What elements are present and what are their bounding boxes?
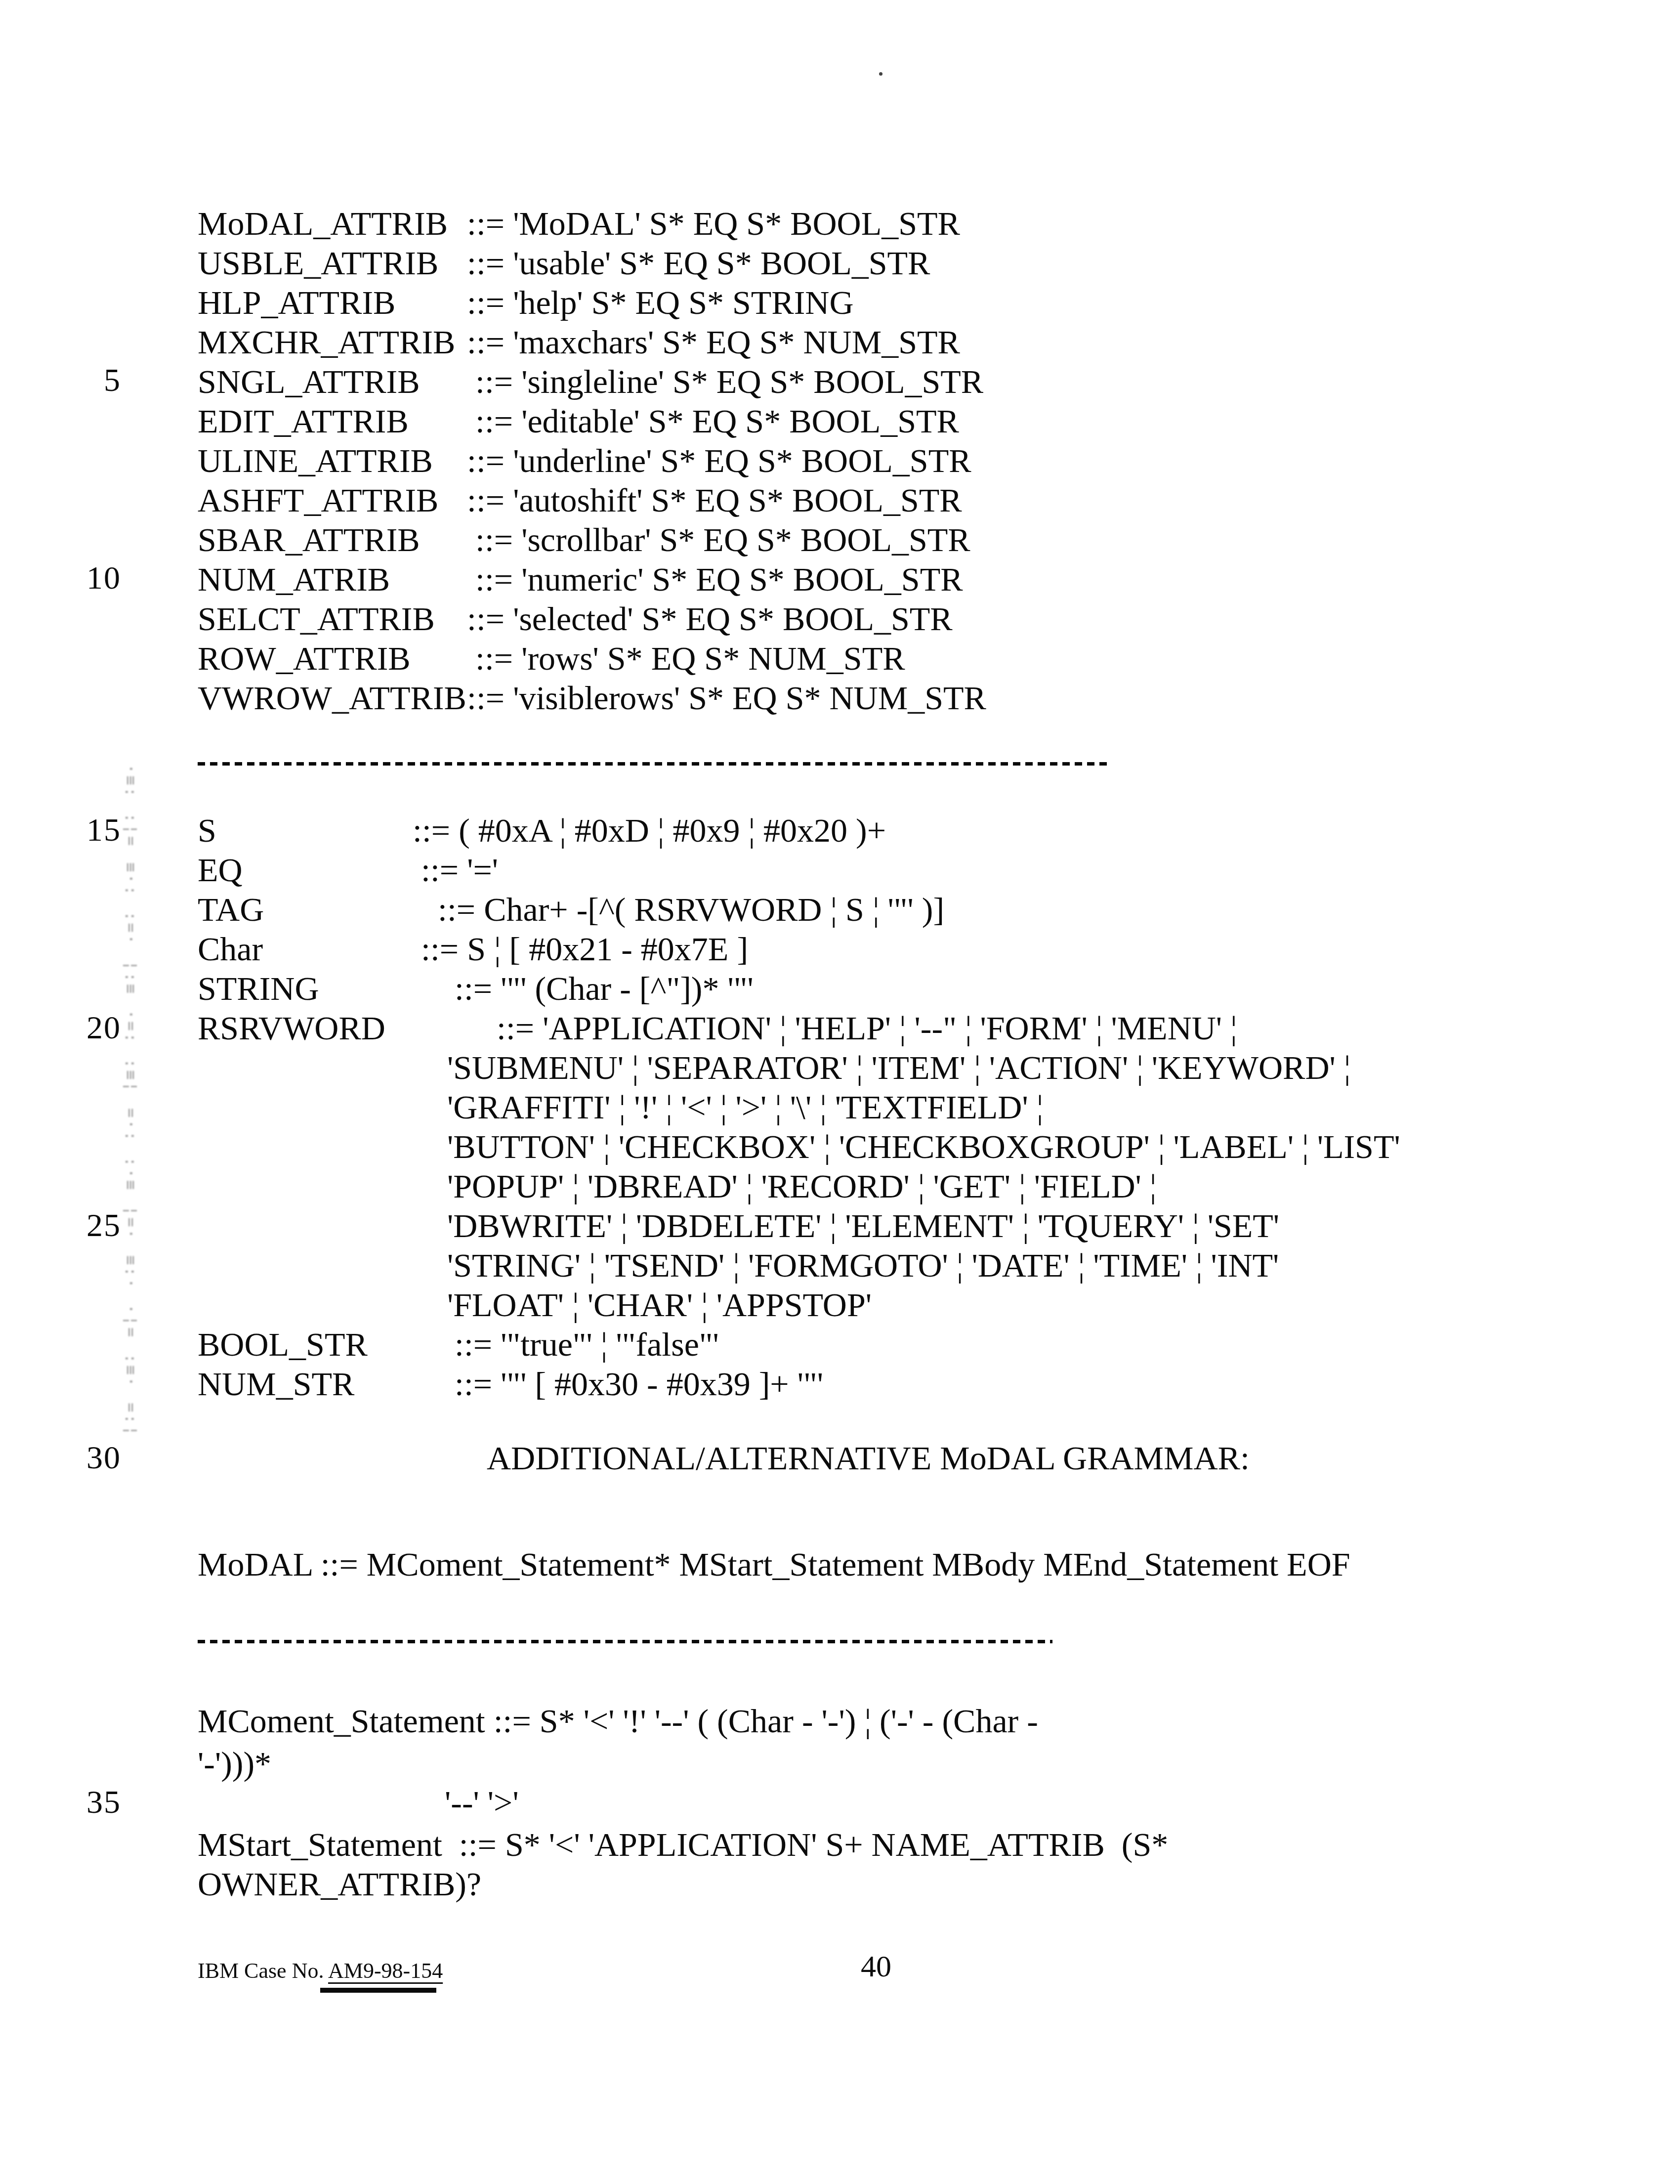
margin-artifact: ≡·: <box>122 862 140 897</box>
grammar-rule: Char ::= S ¦ [ #0x21 - #0x7E ] <box>198 929 1400 969</box>
margin-artifact: ·¦= <box>122 1304 140 1339</box>
rule-definition: ::= 'singleline' S* EQ S* BOOL_STR <box>467 362 986 401</box>
line-number-5: 5 <box>59 361 121 400</box>
rule-name: ULINE_ATTRIB <box>198 441 467 480</box>
rule-name: EQ <box>198 850 413 890</box>
margin-artifact: ¦:≡ <box>122 961 140 995</box>
grammar-rule: SELCT_ATTRIB::= 'selected' S* EQ S* BOOL… <box>198 599 986 639</box>
rule-definition: ::= 'editable' S* EQ S* BOOL_STR <box>467 401 986 441</box>
margin-artifact: ≡:· <box>122 1255 140 1290</box>
grammar-rule: EQ ::= '=' <box>198 850 1400 890</box>
grammar-rule: NUM_ATRIB ::= 'numeric' S* EQ S* BOOL_ST… <box>198 559 986 599</box>
rule-definition: ::= 'selected' S* EQ S* BOOL_STR <box>467 599 986 639</box>
rule-definition: ::= 'rows' S* EQ S* NUM_STR <box>467 639 986 678</box>
rule-name: BOOL_STR <box>198 1325 413 1364</box>
rule-definition: ::= 'autoshift' S* EQ S* BOOL_STR <box>467 480 986 520</box>
grammar-rule: NUM_STR ::= '"' [ #0x30 - #0x39 ]+ '"' <box>198 1364 1400 1404</box>
mcoment-statement-continuation: '--' '>' <box>445 1783 519 1822</box>
grammar-rule: TAG ::= Char+ -[^( RSRVWORD ¦ S ¦ '"' )] <box>198 890 1400 929</box>
dashed-separator <box>198 762 1107 766</box>
rule-definition: ::= S ¦ [ #0x21 - #0x7E ] <box>413 929 1400 969</box>
attrib-grammar-block: MoDAL_ATTRIB::= 'MoDAL' S* EQ S* BOOL_ST… <box>198 204 986 718</box>
rule-continuation: 'BUTTON' ¦ 'CHECKBOX' ¦ 'CHECKBOXGROUP' … <box>198 1127 1400 1166</box>
grammar-rule: MXCHR_ATTRIB::= 'maxchars' S* EQ S* NUM_… <box>198 322 986 362</box>
margin-scan-artifacts: ·≡: :¦= ≡·: :=· ¦:≡ ·=: :≡¦ =·: :·≡ ¦=· … <box>94 772 168 1429</box>
rule-name: USBLE_ATTRIB <box>198 243 467 283</box>
grammar-rule: BOOL_STR ::= '"true"' ¦ '"false"' <box>198 1325 1400 1364</box>
rule-name: MXCHR_ATTRIB <box>198 322 467 362</box>
rule-name: Char <box>198 929 413 969</box>
rule-continuation: 'FLOAT' ¦ 'CHAR' ¦ 'APPSTOP' <box>198 1285 1400 1325</box>
rule-definition: ::= '"' (Char - [^"])* '"' <box>413 969 1400 1008</box>
grammar-rule: STRING ::= '"' (Char - [^"])* '"' <box>198 969 1400 1008</box>
grammar-rule: SNGL_ATTRIB ::= 'singleline' S* EQ S* BO… <box>198 362 986 401</box>
rule-continuation: 'POPUP' ¦ 'DBREAD' ¦ 'RECORD' ¦ 'GET' ¦ … <box>198 1166 1400 1206</box>
rule-name: S <box>198 811 413 850</box>
margin-artifact: :=· <box>122 911 140 946</box>
line-number-35: 35 <box>59 1783 121 1822</box>
rule-continuation: 'DBWRITE' ¦ 'DBDELETE' ¦ 'ELEMENT' ¦ 'TQ… <box>198 1206 1400 1245</box>
rule-name: HLP_ATTRIB <box>198 283 467 322</box>
line-number-30: 30 <box>59 1438 121 1478</box>
patent-document-page: 5 10 15 20 25 30 35 ·≡: :¦= ≡·: :=· ¦:≡ … <box>0 0 1680 2184</box>
scan-speck-artifact <box>879 72 882 76</box>
mcoment-statement-continuation: '-')))* <box>198 1744 271 1783</box>
rule-name: SNGL_ATTRIB <box>198 362 467 401</box>
rule-definition: ::= '"' [ #0x30 - #0x39 ]+ '"' <box>413 1364 1400 1404</box>
rule-definition: ::= 'underline' S* EQ S* BOOL_STR <box>467 441 986 480</box>
rule-definition: ::= 'usable' S* EQ S* BOOL_STR <box>467 243 986 283</box>
rule-name: STRING <box>198 969 413 1008</box>
rule-continuation: 'GRAFFITI' ¦ '!' ¦ '<' ¦ '>' ¦ '\' ¦ 'TE… <box>198 1087 1400 1127</box>
grammar-rule: S::= ( #0xA ¦ #0xD ¦ #0x9 ¦ #0x20 )+ <box>198 811 1400 850</box>
rule-definition: ::= Char+ -[^( RSRVWORD ¦ S ¦ '"' )] <box>413 890 1400 929</box>
rule-continuation: 'SUBMENU' ¦ 'SEPARATOR' ¦ 'ITEM' ¦ 'ACTI… <box>198 1048 1400 1087</box>
margin-artifact: ·≡: <box>122 764 140 799</box>
rule-definition: ::= 'MoDAL' S* EQ S* BOOL_STR <box>467 204 986 243</box>
grammar-rule: ROW_ATTRIB ::= 'rows' S* EQ S* NUM_STR <box>198 639 986 678</box>
rule-continuation: 'STRING' ¦ 'TSEND' ¦ 'FORMGOTO' ¦ 'DATE'… <box>198 1245 1400 1285</box>
page-number: 40 <box>861 1949 891 1984</box>
grammar-rule: ASHFT_ATTRIB::= 'autoshift' S* EQ S* BOO… <box>198 480 986 520</box>
rule-name: SELCT_ATTRIB <box>198 599 467 639</box>
rule-name: ROW_ATTRIB <box>198 639 467 678</box>
grammar-rule: SBAR_ATTRIB ::= 'scrollbar' S* EQ S* BOO… <box>198 520 986 559</box>
margin-artifact: :¦= <box>122 813 140 848</box>
case-number: AM9-98-154 <box>328 1959 443 1983</box>
mstart-statement-continuation: OWNER_ATTRIB)? <box>198 1864 481 1904</box>
grammar-rule: EDIT_ATTRIB ::= 'editable' S* EQ S* BOOL… <box>198 401 986 441</box>
footer-underline-bar <box>320 1988 436 1993</box>
rule-definition: ::= 'scrollbar' S* EQ S* BOOL_STR <box>467 520 986 559</box>
case-label: IBM Case No. <box>198 1959 328 1983</box>
rule-name: EDIT_ATTRIB <box>198 401 467 441</box>
grammar-rule: VWROW_ATTRIB::= 'visiblerows' S* EQ S* N… <box>198 678 986 718</box>
rule-name: RSRVWORD <box>198 1008 413 1048</box>
margin-artifact: :≡· <box>122 1354 140 1388</box>
rule-name: ASHFT_ATTRIB <box>198 480 467 520</box>
margin-artifact: :·≡ <box>122 1157 140 1192</box>
rule-name: SBAR_ATTRIB <box>198 520 467 559</box>
rule-definition: ::= '"true"' ¦ '"false"' <box>413 1325 1400 1364</box>
grammar-rule: HLP_ATTRIB::= 'help' S* EQ S* STRING <box>198 283 986 322</box>
rule-name: VWROW_ATTRIB <box>198 678 467 718</box>
grammar-rule: ULINE_ATTRIB::= 'underline' S* EQ S* BOO… <box>198 441 986 480</box>
modal-rule-line: MoDAL ::= MComent_Statement* MStart_Stat… <box>198 1544 1350 1584</box>
margin-artifact: ·=: <box>122 1010 140 1044</box>
rule-definition: ::= 'visiblerows' S* EQ S* NUM_STR <box>467 678 986 718</box>
rule-name: TAG <box>198 890 413 929</box>
margin-artifact: :≡¦ <box>122 1059 140 1093</box>
line-number-10: 10 <box>59 558 121 598</box>
section-heading: ADDITIONAL/ALTERNATIVE MoDAL GRAMMAR: <box>487 1438 1250 1478</box>
rule-definition: ::= 'help' S* EQ S* STRING <box>467 283 986 322</box>
mstart-statement-line: MStart_Statement ::= S* '<' 'APPLICATION… <box>198 1825 1168 1864</box>
rule-definition: ::= 'maxchars' S* EQ S* NUM_STR <box>467 322 986 362</box>
rule-name: NUM_STR <box>198 1364 413 1404</box>
token-grammar-block: S::= ( #0xA ¦ #0xD ¦ #0x9 ¦ #0x20 )+ EQ … <box>198 811 1400 1404</box>
margin-artifact: =·: <box>122 1108 140 1143</box>
margin-artifact: ¦=· <box>122 1206 140 1241</box>
rule-definition: ::= 'APPLICATION' ¦ 'HELP' ¦ '--" ¦ 'FOR… <box>413 1008 1400 1048</box>
rule-definition: ::= 'numeric' S* EQ S* BOOL_STR <box>467 559 986 599</box>
margin-artifact: =:¦ <box>122 1403 140 1437</box>
dashed-separator <box>198 1640 1052 1643</box>
rule-name: NUM_ATRIB <box>198 559 467 599</box>
grammar-rule: USBLE_ATTRIB::= 'usable' S* EQ S* BOOL_S… <box>198 243 986 283</box>
rule-definition: ::= '=' <box>413 850 1400 890</box>
grammar-rule: MoDAL_ATTRIB::= 'MoDAL' S* EQ S* BOOL_ST… <box>198 204 986 243</box>
grammar-rule-rsrvword: RSRVWORD ::= 'APPLICATION' ¦ 'HELP' ¦ '-… <box>198 1008 1400 1048</box>
mcoment-statement-line: MComent_Statement ::= S* '<' '!' '--' ( … <box>198 1701 1038 1741</box>
rule-definition: ::= ( #0xA ¦ #0xD ¦ #0x9 ¦ #0x20 )+ <box>413 811 1400 850</box>
footer-case-reference: IBM Case No. AM9-98-154 <box>198 1958 443 1984</box>
rule-name: MoDAL_ATTRIB <box>198 204 467 243</box>
